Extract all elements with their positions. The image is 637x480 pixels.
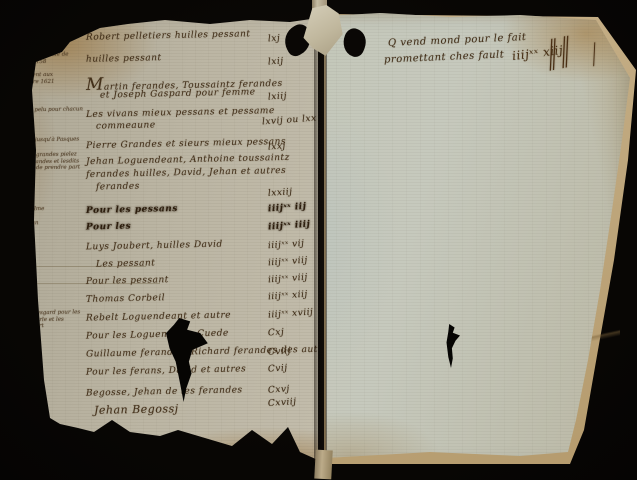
entry-text: ferandes xyxy=(96,182,140,193)
margin-note: Jeh. Anselme xyxy=(8,205,84,213)
entry-text: Les pessant xyxy=(96,258,156,269)
entry-amount: iiijˣˣ xiij xyxy=(268,290,308,303)
entry-amount: iiijˣˣ viij xyxy=(268,256,308,269)
right-page-line: promettant ches fault xyxy=(384,49,505,65)
margin-note: De Loudun xyxy=(8,219,84,227)
margin-note: Jehan Adam xyxy=(8,27,84,35)
entry-text: et Joseph Gaspard pour femme xyxy=(100,87,256,100)
right-page-line: Q vend mond pour le fait xyxy=(388,32,527,49)
margin-note: Pour plus grandes pielez pour y ferandes… xyxy=(8,151,84,172)
entry-amount: Cviij xyxy=(268,346,292,358)
tally-strokes: ǁǁ xyxy=(548,26,575,82)
entry-text: Pour les Loguenes ou Cuede xyxy=(86,329,229,342)
margin-note: Morgard xyxy=(8,292,84,300)
entry-amount: iiijˣˣ iiij xyxy=(268,220,311,233)
entry-text: commeaune xyxy=(96,120,156,131)
margin-note: Mandelz l'esgard pour les dires du parle… xyxy=(8,309,84,330)
entry-text: Pierre Grandes et sieurs mieux pessans xyxy=(86,137,286,151)
entry-text: huilles pessant xyxy=(86,53,162,65)
entry-text: Jehan Loguendeant, Anthoine toussaintz xyxy=(86,153,290,167)
entry-text: Robert pelletiers huilles pessant xyxy=(86,29,251,42)
entry-amount: Cxvj xyxy=(268,384,290,395)
manuscript-photo: Q vend mond pour le fait promettant ches… xyxy=(0,0,637,480)
binding-strip-bottom xyxy=(314,450,332,480)
entry-amount: lxxj xyxy=(268,141,286,152)
entry-text: Jehan Begossj xyxy=(94,402,179,417)
margin-note: B peu de pelu pour chacun pielez xyxy=(8,106,84,120)
entry-text: Luys Joubert, huilles David xyxy=(86,240,223,253)
entry-amount: lxij xyxy=(268,56,284,67)
entry-text: Guillaume ferandes, Richard ferandes des… xyxy=(86,344,334,359)
entry-amount: iiijˣˣ xviij xyxy=(268,307,314,320)
entry-text: Pour les pessant xyxy=(86,275,169,287)
entry-amount: Cvij xyxy=(268,363,288,374)
entry-text: Pour les xyxy=(86,222,131,233)
entry-text: Begosse, Jehan de les ferandes xyxy=(86,385,243,398)
entry-amount: lxiij xyxy=(268,91,288,102)
entry-text: Les vivans mieux pessans et pessame xyxy=(86,106,275,120)
entry-amount: lxxiij xyxy=(268,187,293,199)
entry-text: Thomas Corbeil xyxy=(86,293,165,305)
margin-note: Regnaulde apresle de l'eschelle 158 xyxy=(8,51,84,65)
edge-ink-stroke: ǀ xyxy=(592,35,602,74)
margin-note: Rechangent aux Septembre 1621 xyxy=(8,71,84,85)
entry-amount: iiijˣˣ iij xyxy=(268,202,307,215)
entry-text: Pour les pessans xyxy=(86,204,178,216)
gutter-shadow xyxy=(314,14,327,462)
entry-text: Rebelt Loguendeant et autre xyxy=(86,310,231,323)
entry-text: ferandes huilles, David, Jehan et autres xyxy=(86,166,286,180)
entry-amount: iiijˣˣ vij xyxy=(268,239,305,252)
margin-note: Prorogés jusqu'à Pasques prochain xyxy=(8,136,84,150)
entry-amount: iiijˣˣ viij xyxy=(268,273,308,286)
entry-text: Pour les ferans, David et autres xyxy=(86,364,246,377)
entry-amount: Cxj xyxy=(268,327,285,338)
entry-amount: Cxviij xyxy=(268,397,297,409)
entry-amount: lxj xyxy=(268,34,281,45)
